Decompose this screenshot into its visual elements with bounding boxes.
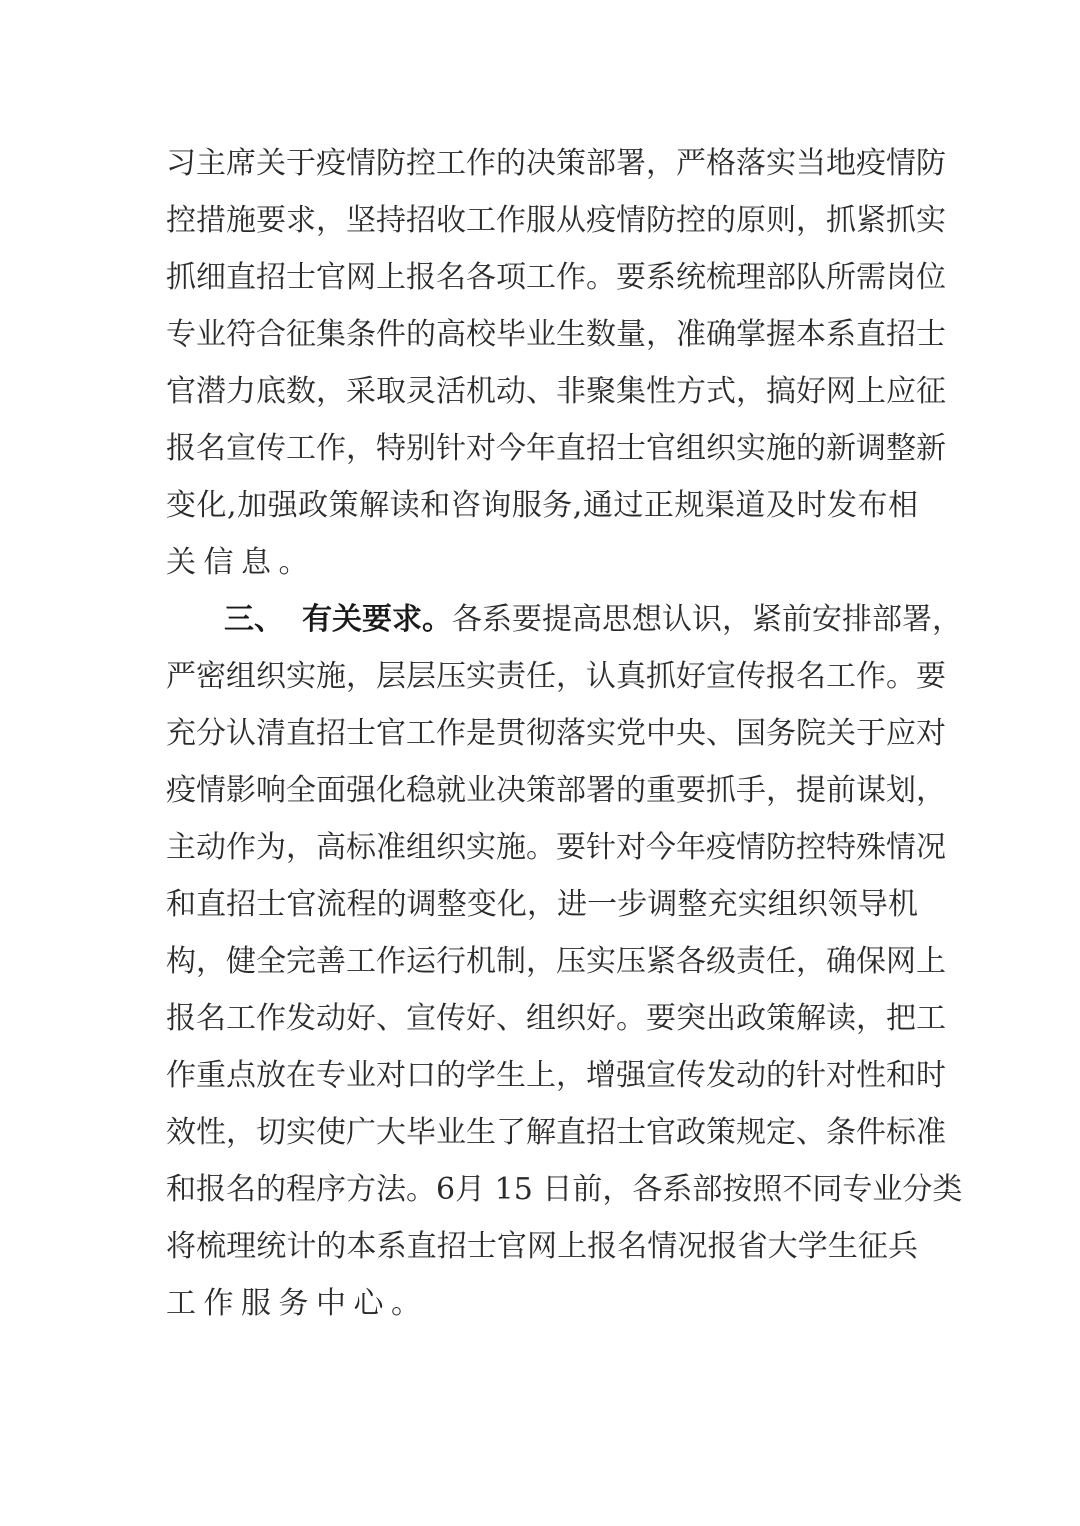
text-line: 工作服务中心。 [166, 1275, 918, 1332]
text-line: 严密组织实施，层层压实责任，认真抓好宣传报名工作。要 [166, 648, 918, 705]
text-line: 关信息。 [166, 534, 918, 591]
paragraph-publicity: 习主席关于疫情防控工作的决策部署，严格落实当地疫情防 控措施要求，坚持招收工作服… [166, 135, 918, 591]
text-line: 构，健全完善工作运行机制，压实压紧各级责任，确保网上 [166, 933, 918, 990]
text-line: 报名工作发动好、宣传好、组织好。要突出政策解读，把工 [166, 990, 918, 1047]
text-line: 将梳理统计的本系直招士官网上报名情况报省大学生征兵 [166, 1218, 918, 1275]
text-line: 抓细直招士官网上报名各项工作。要系统梳理部队所需岗位 [166, 249, 918, 306]
text-line: 作重点放在专业对口的学生上，增强宣传发动的针对性和时 [166, 1047, 918, 1104]
section-title: 有关要求。 [302, 602, 452, 637]
document-body: 习主席关于疫情防控工作的决策部署，严格落实当地疫情防 控措施要求，坚持招收工作服… [166, 135, 918, 1332]
text-line: 习主席关于疫情防控工作的决策部署，严格落实当地疫情防 [166, 135, 918, 192]
text-line: 报名宣传工作，特别针对今年直招士官组织实施的新调整新 [166, 420, 918, 477]
section-number: 三、 [224, 602, 284, 637]
text-line: 控措施要求，坚持招收工作服从疫情防控的原则，抓紧抓实 [166, 192, 918, 249]
document-page: 习主席关于疫情防控工作的决策部署，严格落实当地疫情防 控措施要求，坚持招收工作服… [0, 0, 1080, 1526]
text-line: 和直招士官流程的调整变化，进一步调整充实组织领导机 [166, 876, 918, 933]
text-line: 疫情影响全面强化稳就业决策部署的重要抓手，提前谋划， [166, 762, 918, 819]
text-line: 和报名的程序方法。6月 15 日前，各系部按照不同专业分类 [166, 1161, 918, 1218]
section-heading-line: 三、有关要求。各系要提高思想认识，紧前安排部署， [166, 591, 918, 648]
text-line: 充分认清直招士官工作是贯彻落实党中央、国务院关于应对 [166, 705, 918, 762]
text-line: 专业符合征集条件的高校毕业生数量，准确掌握本系直招士 [166, 306, 918, 363]
text-line: 官潜力底数，采取灵活机动、非聚集性方式，搞好网上应征 [166, 363, 918, 420]
text-line: 效性，切实使广大毕业生了解直招士官政策规定、条件标准 [166, 1104, 918, 1161]
text-line: 主动作为，高标准组织实施。要针对今年疫情防控特殊情况 [166, 819, 918, 876]
paragraph-requirements: 三、有关要求。各系要提高思想认识，紧前安排部署， 严密组织实施，层层压实责任，认… [166, 591, 918, 1332]
section-first-line-text: 各系要提高思想认识，紧前安排部署， [452, 602, 962, 637]
text-line: 变化,加强政策解读和咨询服务,通过正规渠道及时发布相 [166, 477, 918, 534]
